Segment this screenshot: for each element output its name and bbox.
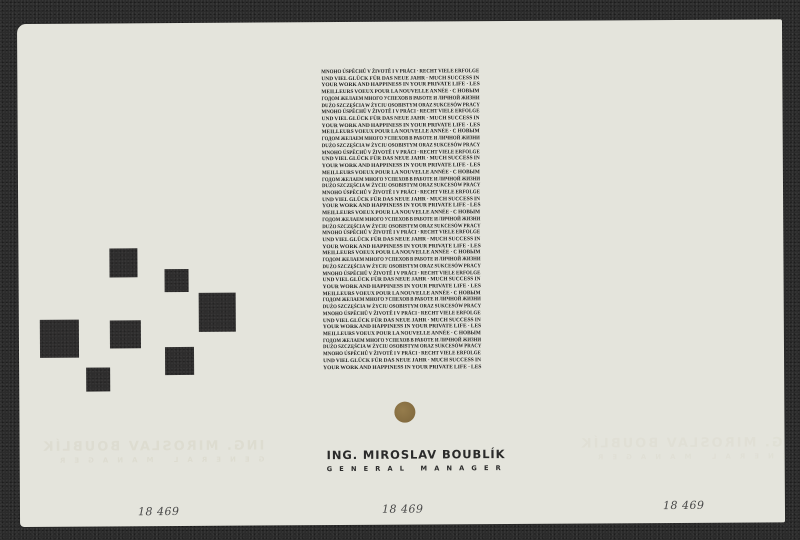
ghost-name: ING. MIROSLAV BOUBLÍK bbox=[42, 438, 265, 454]
multilingual-greeting-text: MNOHO ÚSPĚCHŮ V ŽIVOTĚ I V PRÁCI · RECHT… bbox=[321, 68, 481, 371]
inventory-number-center: 18 469 bbox=[382, 503, 424, 516]
decorative-square-6 bbox=[165, 347, 194, 375]
greeting-card: MNOHO ÚSPĚCHŮ V ŽIVOTĚ I V PRÁCI · RECHT… bbox=[17, 19, 785, 527]
bleed-through-text-left: ING. MIROSLAV BOUBLÍK GENERAL MANAGER bbox=[42, 438, 265, 464]
gold-dot-seal bbox=[394, 402, 415, 423]
decorative-square-4 bbox=[40, 320, 79, 358]
inventory-number-left: 18 469 bbox=[138, 505, 180, 518]
inventory-number-right: 18 469 bbox=[663, 499, 705, 512]
signature-name: ING. MIROSLAV BOUBLÍK bbox=[327, 447, 497, 462]
ghost-title: GENERAL MANAGER bbox=[580, 452, 785, 461]
decorative-square-2 bbox=[165, 269, 189, 292]
ghost-name: ING. MIROSLAV BOUBLÍK bbox=[580, 435, 786, 451]
signature-title: GENERAL MANAGER bbox=[327, 464, 497, 473]
ghost-title: GENERAL MANAGER bbox=[42, 455, 265, 464]
greeting-line: YOUR WORK AND HAPPINESS IN YOUR PRIVATE … bbox=[323, 364, 481, 372]
bleed-through-text-right: ING. MIROSLAV BOUBLÍK GENERAL MANAGER bbox=[580, 435, 786, 461]
decorative-square-7 bbox=[86, 367, 110, 391]
decorative-square-5 bbox=[110, 320, 141, 348]
decorative-square-1 bbox=[109, 248, 137, 277]
decorative-square-3 bbox=[199, 293, 236, 332]
